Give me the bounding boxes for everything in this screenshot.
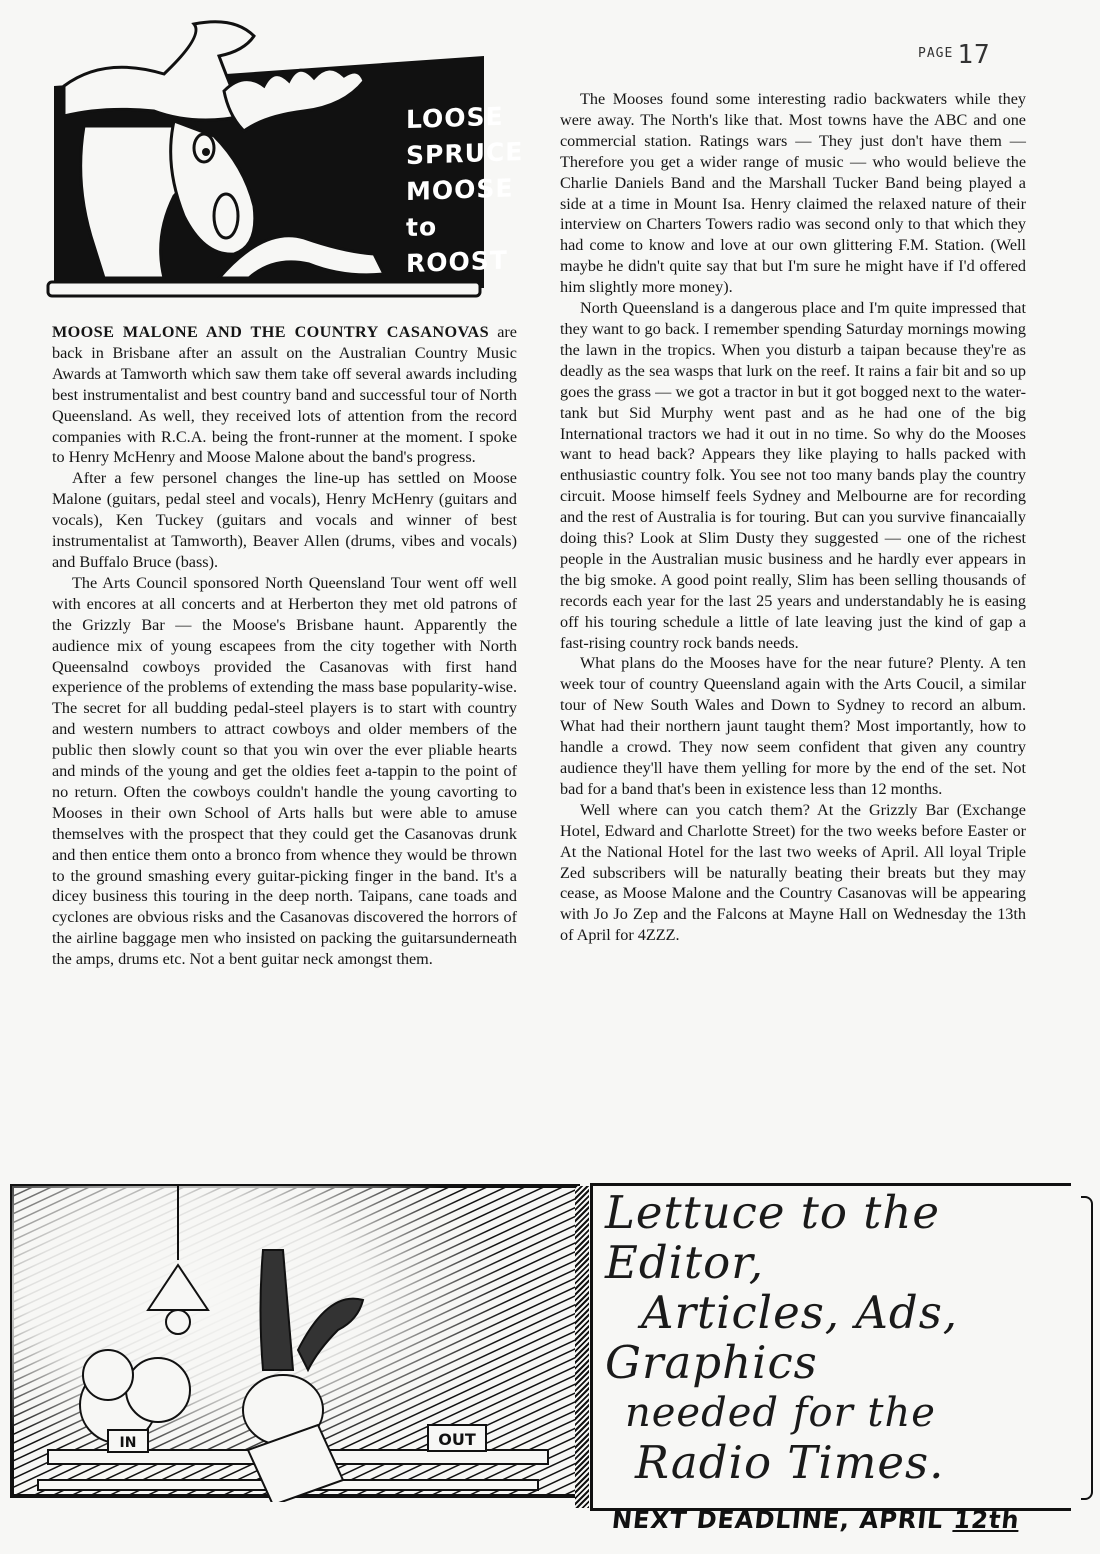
article-right-column: The Mooses found some interesting radio …: [560, 89, 1026, 946]
moose-illustration: LOOSE SPRUCE MOOSE to ROOST: [44, 16, 484, 301]
article-paragraph: The Mooses found some interesting radio …: [560, 89, 1026, 298]
notice-line: Articles, Ads,: [605, 1288, 1065, 1338]
page-label: PAGE: [918, 46, 953, 61]
article-left-column: MOOSE MALONE AND THE COUNTRY CASANOVAS a…: [52, 322, 517, 970]
article-paragraph: Well where can you catch them? At the Gr…: [560, 800, 1026, 946]
article-paragraph: After a few personel changes the line-up…: [52, 468, 517, 573]
notice-line: Lettuce to the: [605, 1188, 1065, 1238]
header-title-line: LOOSE: [406, 98, 526, 138]
rabbit-at-desk-icon: IN OUT: [8, 1180, 583, 1502]
rabbit-cartoon: IN OUT: [8, 1180, 583, 1502]
notice-line: Graphics: [605, 1338, 1065, 1388]
notice-text: Lettuce to the Editor, Articles, Ads, Gr…: [605, 1188, 1065, 1488]
notice-line: Editor,: [605, 1238, 1065, 1288]
article-paragraph: What plans do the Mooses have for the ne…: [560, 653, 1026, 799]
next-deadline: NEXT DEADLINE, APRIL12th: [611, 1506, 1074, 1534]
header-title-line: SPRUCE: [406, 134, 526, 174]
article-paragraph: The Arts Council sponsored North Queensl…: [52, 573, 517, 970]
notice-bracket: [1081, 1196, 1093, 1500]
article-text: are back in Brisbane after an assult on …: [52, 323, 517, 466]
call-for-submissions-notice: Lettuce to the Editor, Articles, Ads, Gr…: [590, 1183, 1071, 1511]
article-lead: MOOSE MALONE AND THE COUNTRY CASANOVAS: [52, 323, 489, 341]
deadline-text: NEXT DEADLINE, APRIL: [611, 1506, 946, 1534]
notice-line: needed for the: [605, 1388, 1065, 1438]
article-paragraph: MOOSE MALONE AND THE COUNTRY CASANOVAS a…: [52, 322, 517, 468]
article-paragraph: North Queensland is a dangerous place an…: [560, 298, 1026, 653]
page-number-value: 17: [957, 40, 990, 70]
notice-line: Radio Times.: [605, 1438, 1065, 1488]
out-tray-label: OUT: [438, 1430, 476, 1449]
header-title: LOOSE SPRUCE MOOSE to ROOST: [406, 98, 526, 282]
in-tray-label: IN: [120, 1435, 137, 1451]
header-title-line: to ROOST: [406, 206, 526, 282]
header-title-line: MOOSE: [406, 170, 526, 210]
notice-border-hatch: [575, 1186, 589, 1508]
page-number: PAGE17: [918, 40, 991, 70]
deadline-day: 12th: [952, 1506, 1021, 1534]
